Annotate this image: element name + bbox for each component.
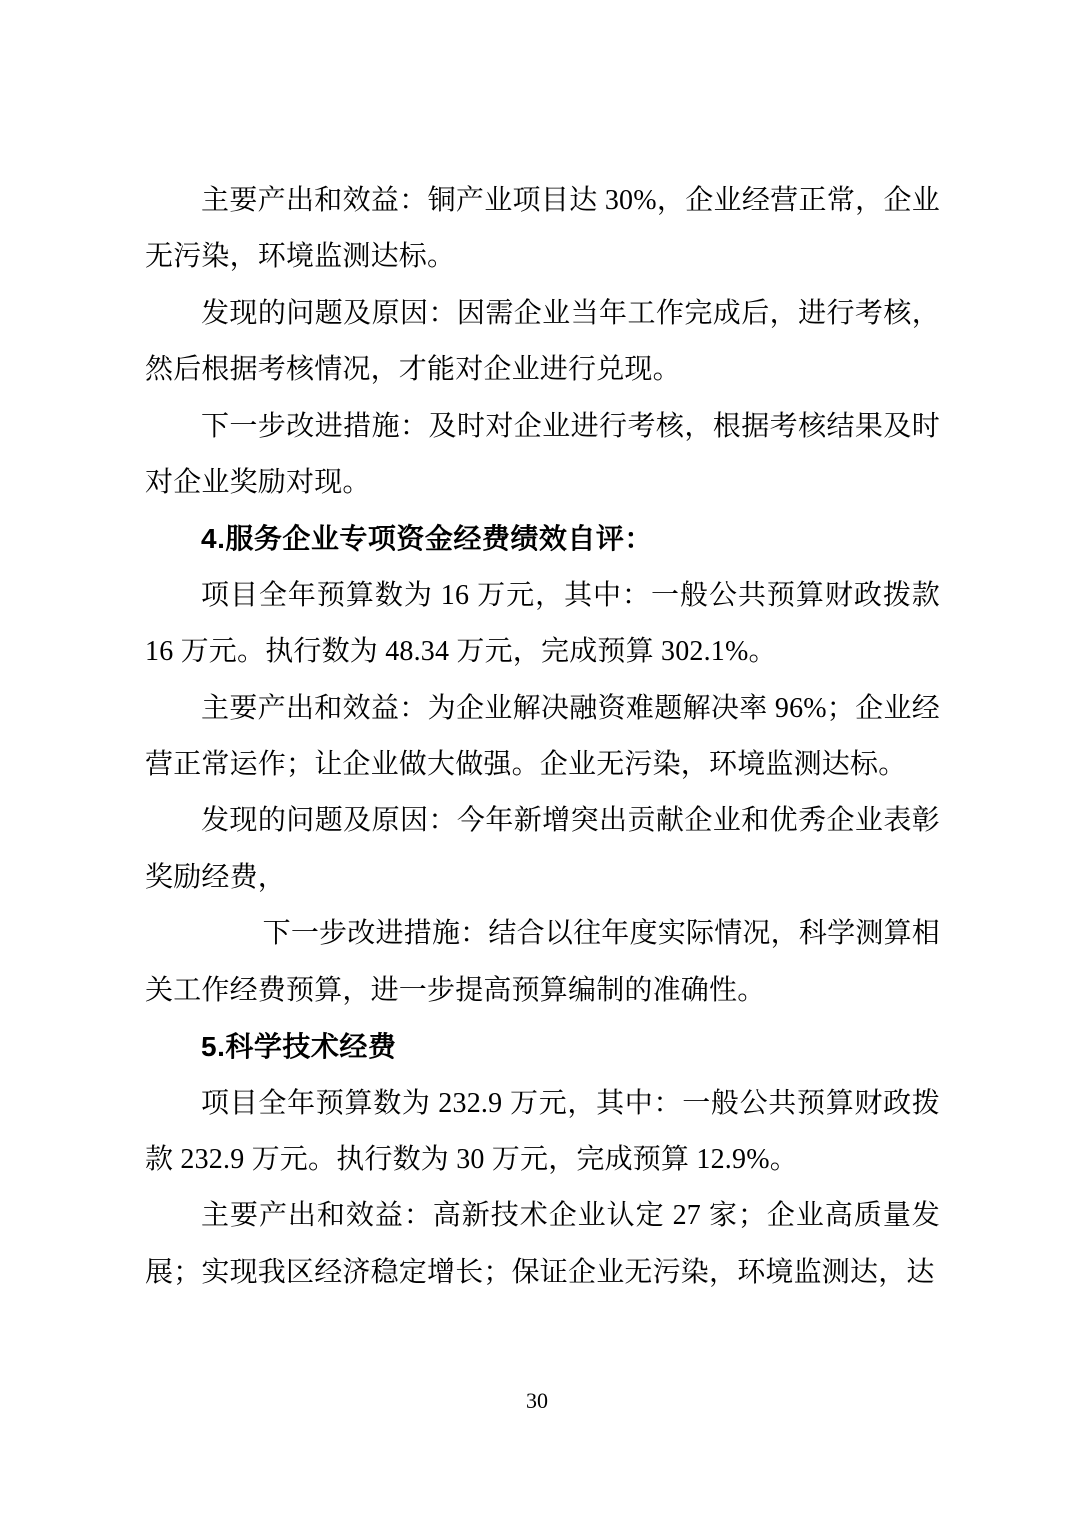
paragraph-outputs-benefits-1: 主要产出和效益：铜产业项目达 30%，企业经营正常，企业无污染，环境监测达标。 [145,173,940,286]
paragraph-problems-causes-1: 发现的问题及原因：因需企业当年工作完成后，进行考核，然后根据考核情况，才能对企业… [145,286,940,399]
paragraph-budget-section-5: 项目全年预算数为 232.9 万元，其中：一般公共预算财政拨款 232.9 万元… [145,1076,940,1189]
paragraph-budget-section-4: 项目全年预算数为 16 万元，其中：一般公共预算财政拨款 16 万元。执行数为 … [145,568,940,681]
page-number: 30 [0,1386,1074,1416]
paragraph-improvement-measures-2: 下一步改进措施：结合以往年度实际情况，科学测算相关工作经费预算，进一步提高预算编… [145,906,940,1019]
document-body: 主要产出和效益：铜产业项目达 30%，企业经营正常，企业无污染，环境监测达标。 … [145,173,940,1301]
section-heading-5: 5.科学技术经费 [145,1019,940,1075]
paragraph-outputs-benefits-2: 主要产出和效益：为企业解决融资难题解决率 96%；企业经营正常运作；让企业做大做… [145,681,940,794]
document-page: 主要产出和效益：铜产业项目达 30%，企业经营正常，企业无污染，环境监测达标。 … [0,0,1074,1520]
paragraph-improvement-measures-1: 下一步改进措施：及时对企业进行考核，根据考核结果及时对企业奖励对现。 [145,399,940,512]
paragraph-outputs-benefits-3: 主要产出和效益：高新技术企业认定 27 家；企业高质量发展；实现我区经济稳定增长… [145,1188,940,1301]
section-heading-4: 4.服务企业专项资金经费绩效自评： [145,511,940,567]
paragraph-problems-causes-2: 发现的问题及原因：今年新增突出贡献企业和优秀企业表彰奖励经费， [145,793,940,906]
